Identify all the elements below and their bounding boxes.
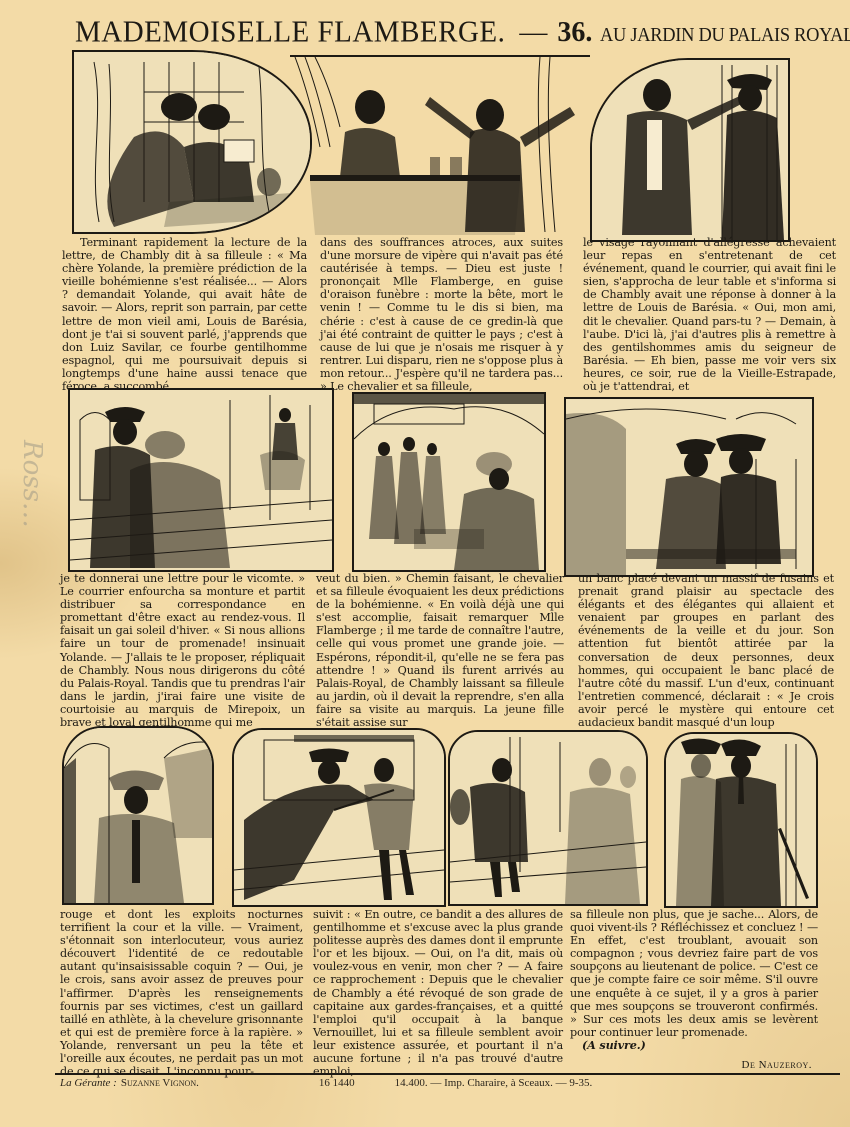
paragraph: Terminant rapidement la lecture de la le… xyxy=(62,236,307,393)
illustration-panel-6 xyxy=(564,397,814,577)
page-codes: 16 1440 xyxy=(319,1077,355,1089)
text-column-1-1: Terminant rapidement la lecture de la le… xyxy=(62,236,307,393)
text-column-1-2: dans des souffrances atroces, aux suites… xyxy=(320,236,563,393)
printer-info: 14.400. — Imp. Charaire, à Sceaux. — 9-3… xyxy=(395,1077,593,1089)
episode-number: 36. xyxy=(557,17,592,49)
rider-departing-illustration xyxy=(70,390,332,570)
paragraph: le visage rayonnant d'allégresse achevai… xyxy=(583,236,836,393)
paragraph: rouge et dont les exploits nocturnes ter… xyxy=(60,908,303,1078)
young-woman-listening-illustration xyxy=(64,728,212,903)
text-column-1-3: le visage rayonnant d'allégresse achevai… xyxy=(583,236,836,393)
illustration-panel-8 xyxy=(232,728,446,907)
page-footer: La Gérante : Suzanne Vignon. 16 1440 14.… xyxy=(60,1077,840,1089)
paragraph: suivit : « En outre, ce bandit a des all… xyxy=(313,908,563,1078)
text-column-2-1: je te donnerai une lettre pour le vicomt… xyxy=(60,572,305,729)
text-column-2-2: veut du bien. » Chemin faisant, le cheva… xyxy=(316,572,564,729)
masked-bandit-confrontation-illustration xyxy=(234,730,444,905)
to-be-continued: (A suivre.) xyxy=(582,1039,818,1052)
episode-title: AU JARDIN DU PALAIS ROYAL xyxy=(600,24,850,47)
illustration-panel-1 xyxy=(72,50,312,234)
text-column-3-1: rouge et dont les exploits nocturnes ter… xyxy=(60,908,303,1078)
illustration-panel-5 xyxy=(352,392,546,572)
illustration-panel-7 xyxy=(62,726,214,905)
garden-bench-illustration xyxy=(354,394,544,570)
title-dash: — xyxy=(519,17,547,49)
author-signature: De Nauzeroy. xyxy=(742,1059,813,1071)
manager-label: La Gérante : xyxy=(60,1077,117,1089)
illustration-panel-2 xyxy=(290,55,590,237)
celebration-at-table-illustration xyxy=(290,57,590,237)
paragraph: un banc placé devant un massif de fusain… xyxy=(578,572,834,729)
reading-letter-illustration xyxy=(74,52,310,232)
manager-name: Suzanne Vignon. xyxy=(121,1077,199,1089)
footer-divider xyxy=(55,1073,840,1075)
text-column-3-2: suivit : « En outre, ce bandit a des all… xyxy=(313,908,563,1078)
margin-handwriting: Ross… xyxy=(14,440,50,740)
two-men-on-bench-illustration xyxy=(566,399,812,575)
paragraph: sa filleule non plus, que je sache... Al… xyxy=(570,908,818,1039)
page-header: MADEMOISELLE FLAMBERGE. — 36. AU JARDIN … xyxy=(75,16,840,50)
illustration-panel-3 xyxy=(590,58,790,242)
paragraph: veut du bien. » Chemin faisant, le cheva… xyxy=(316,572,564,729)
illustration-panel-9 xyxy=(448,730,648,906)
text-column-2-3: un banc placé devant un massif de fusain… xyxy=(578,572,834,729)
paragraph: je te donnerai une lettre pour le vicomt… xyxy=(60,572,305,729)
illustration-panel-4 xyxy=(68,388,334,572)
text-column-3-3: sa filleule non plus, que je sache... Al… xyxy=(570,908,818,1052)
paragraph: dans des souffrances atroces, aux suites… xyxy=(320,236,563,393)
courier-conversation-illustration xyxy=(592,60,788,240)
illustration-panel-10 xyxy=(664,732,818,908)
gentlemen-walking-illustration xyxy=(666,734,816,906)
series-title: MADEMOISELLE FLAMBERGE. xyxy=(75,15,505,50)
bandit-bowing-to-lady-illustration xyxy=(450,732,646,904)
